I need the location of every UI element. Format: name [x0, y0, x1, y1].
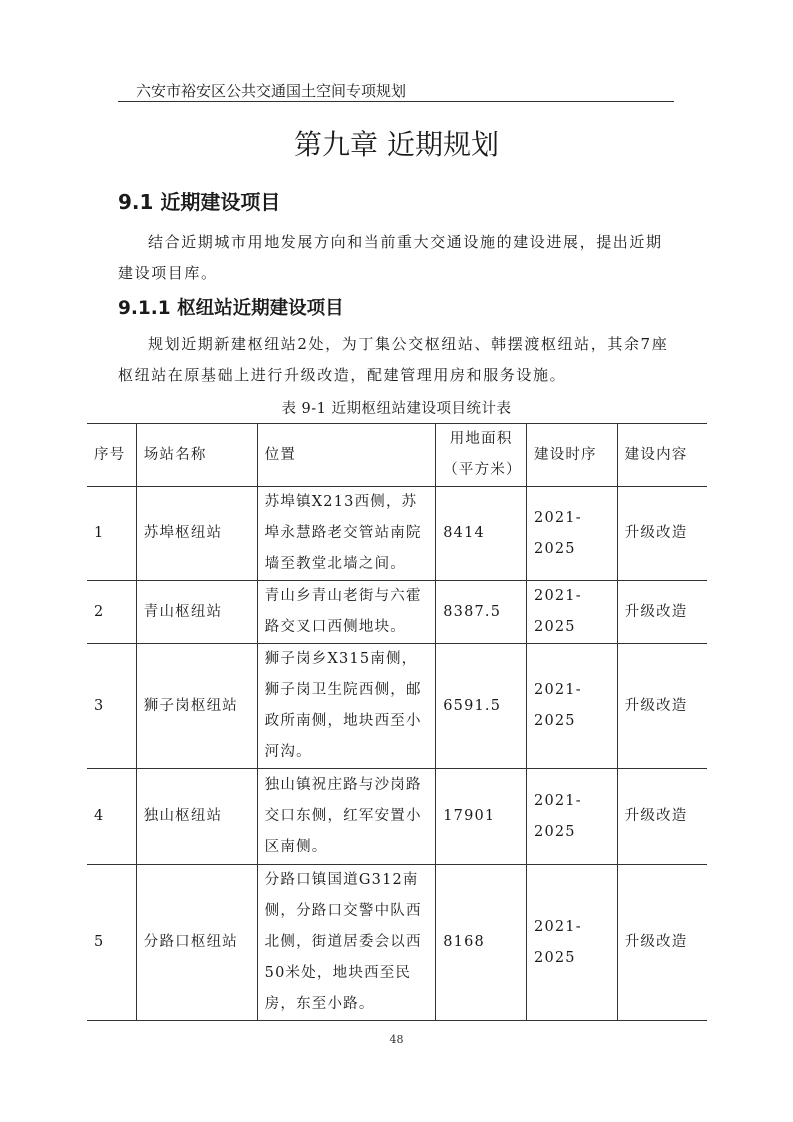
- cell-location: 分路口镇国道G312南侧，分路口交警中队西北侧，街道居委会以西50米处，地块西至…: [257, 865, 436, 1021]
- cell-location: 青山乡青山老街与六霍路交叉口西侧地块。: [257, 581, 436, 644]
- cell-area: 6591.5: [436, 644, 527, 769]
- running-header: 六安市裕安区公共交通国土空间专项规划: [136, 80, 406, 101]
- cell-name: 青山枢纽站: [136, 581, 257, 644]
- header-divider: [118, 101, 674, 102]
- cell-seq: 2: [87, 581, 136, 644]
- cell-content: 升级改造: [617, 865, 707, 1021]
- table-row: 4 独山枢纽站 独山镇祝庄路与沙岗路交口东侧，红军安置小区南侧。 17901 2…: [87, 769, 707, 865]
- cell-period: 2021-2025: [527, 487, 618, 581]
- section-heading: 9.1 近期建设项目: [118, 186, 280, 215]
- header-name: 场站名称: [136, 424, 257, 487]
- cell-content: 升级改造: [617, 581, 707, 644]
- cell-name: 独山枢纽站: [136, 769, 257, 865]
- header-location: 位置: [257, 424, 436, 487]
- cell-seq: 4: [87, 769, 136, 865]
- subsection-body-paragraph: 规划近期新建枢纽站2处，为丁集公交枢纽站、韩摆渡枢纽站，其余7座枢纽站在原基础上…: [118, 329, 674, 391]
- chapter-title: 第九章 近期规划: [0, 123, 793, 163]
- cell-location: 狮子岗乡X315南侧，狮子岗卫生院西侧，邮政所南侧，地块西至小河沟。: [257, 644, 436, 769]
- table-row: 1 苏埠枢纽站 苏埠镇X213西侧，苏埠永慧路老交管站南院墙至教堂北墙之间。 8…: [87, 487, 707, 581]
- cell-seq: 1: [87, 487, 136, 581]
- subsection-heading: 9.1.1 枢纽站近期建设项目: [118, 294, 344, 320]
- header-period: 建设时序: [527, 424, 618, 487]
- table-row: 5 分路口枢纽站 分路口镇国道G312南侧，分路口交警中队西北侧，街道居委会以西…: [87, 865, 707, 1021]
- cell-content: 升级改造: [617, 644, 707, 769]
- cell-period: 2021-2025: [527, 581, 618, 644]
- cell-name: 苏埠枢纽站: [136, 487, 257, 581]
- hub-station-projects-table: 序号 场站名称 位置 用地面积 （平方米） 建设时序 建设内容 1 苏埠枢纽站 …: [87, 423, 707, 1021]
- header-seq: 序号: [87, 424, 136, 487]
- cell-name: 狮子岗枢纽站: [136, 644, 257, 769]
- cell-name: 分路口枢纽站: [136, 865, 257, 1021]
- table-row: 2 青山枢纽站 青山乡青山老街与六霍路交叉口西侧地块。 8387.5 2021-…: [87, 581, 707, 644]
- header-content: 建设内容: [617, 424, 707, 487]
- cell-period: 2021-2025: [527, 644, 618, 769]
- cell-area: 8414: [436, 487, 527, 581]
- cell-location: 独山镇祝庄路与沙岗路交口东侧，红军安置小区南侧。: [257, 769, 436, 865]
- table-row: 3 狮子岗枢纽站 狮子岗乡X315南侧，狮子岗卫生院西侧，邮政所南侧，地块西至小…: [87, 644, 707, 769]
- cell-period: 2021-2025: [527, 769, 618, 865]
- table-caption: 表 9-1 近期枢纽站建设项目统计表: [0, 397, 793, 418]
- cell-area: 8168: [436, 865, 527, 1021]
- cell-period: 2021-2025: [527, 865, 618, 1021]
- cell-seq: 5: [87, 865, 136, 1021]
- cell-content: 升级改造: [617, 487, 707, 581]
- section-intro-paragraph: 结合近期城市用地发展方向和当前重大交通设施的建设进展，提出近期建设项目库。: [118, 227, 674, 289]
- cell-area: 8387.5: [436, 581, 527, 644]
- header-area: 用地面积 （平方米）: [436, 424, 527, 487]
- table-header-row: 序号 场站名称 位置 用地面积 （平方米） 建设时序 建设内容: [87, 424, 707, 487]
- header-area-line1: 用地面积: [443, 424, 519, 455]
- page-number: 48: [0, 1033, 793, 1046]
- cell-area: 17901: [436, 769, 527, 865]
- cell-content: 升级改造: [617, 769, 707, 865]
- cell-location: 苏埠镇X213西侧，苏埠永慧路老交管站南院墙至教堂北墙之间。: [257, 487, 436, 581]
- header-area-line2: （平方米）: [443, 455, 519, 486]
- cell-seq: 3: [87, 644, 136, 769]
